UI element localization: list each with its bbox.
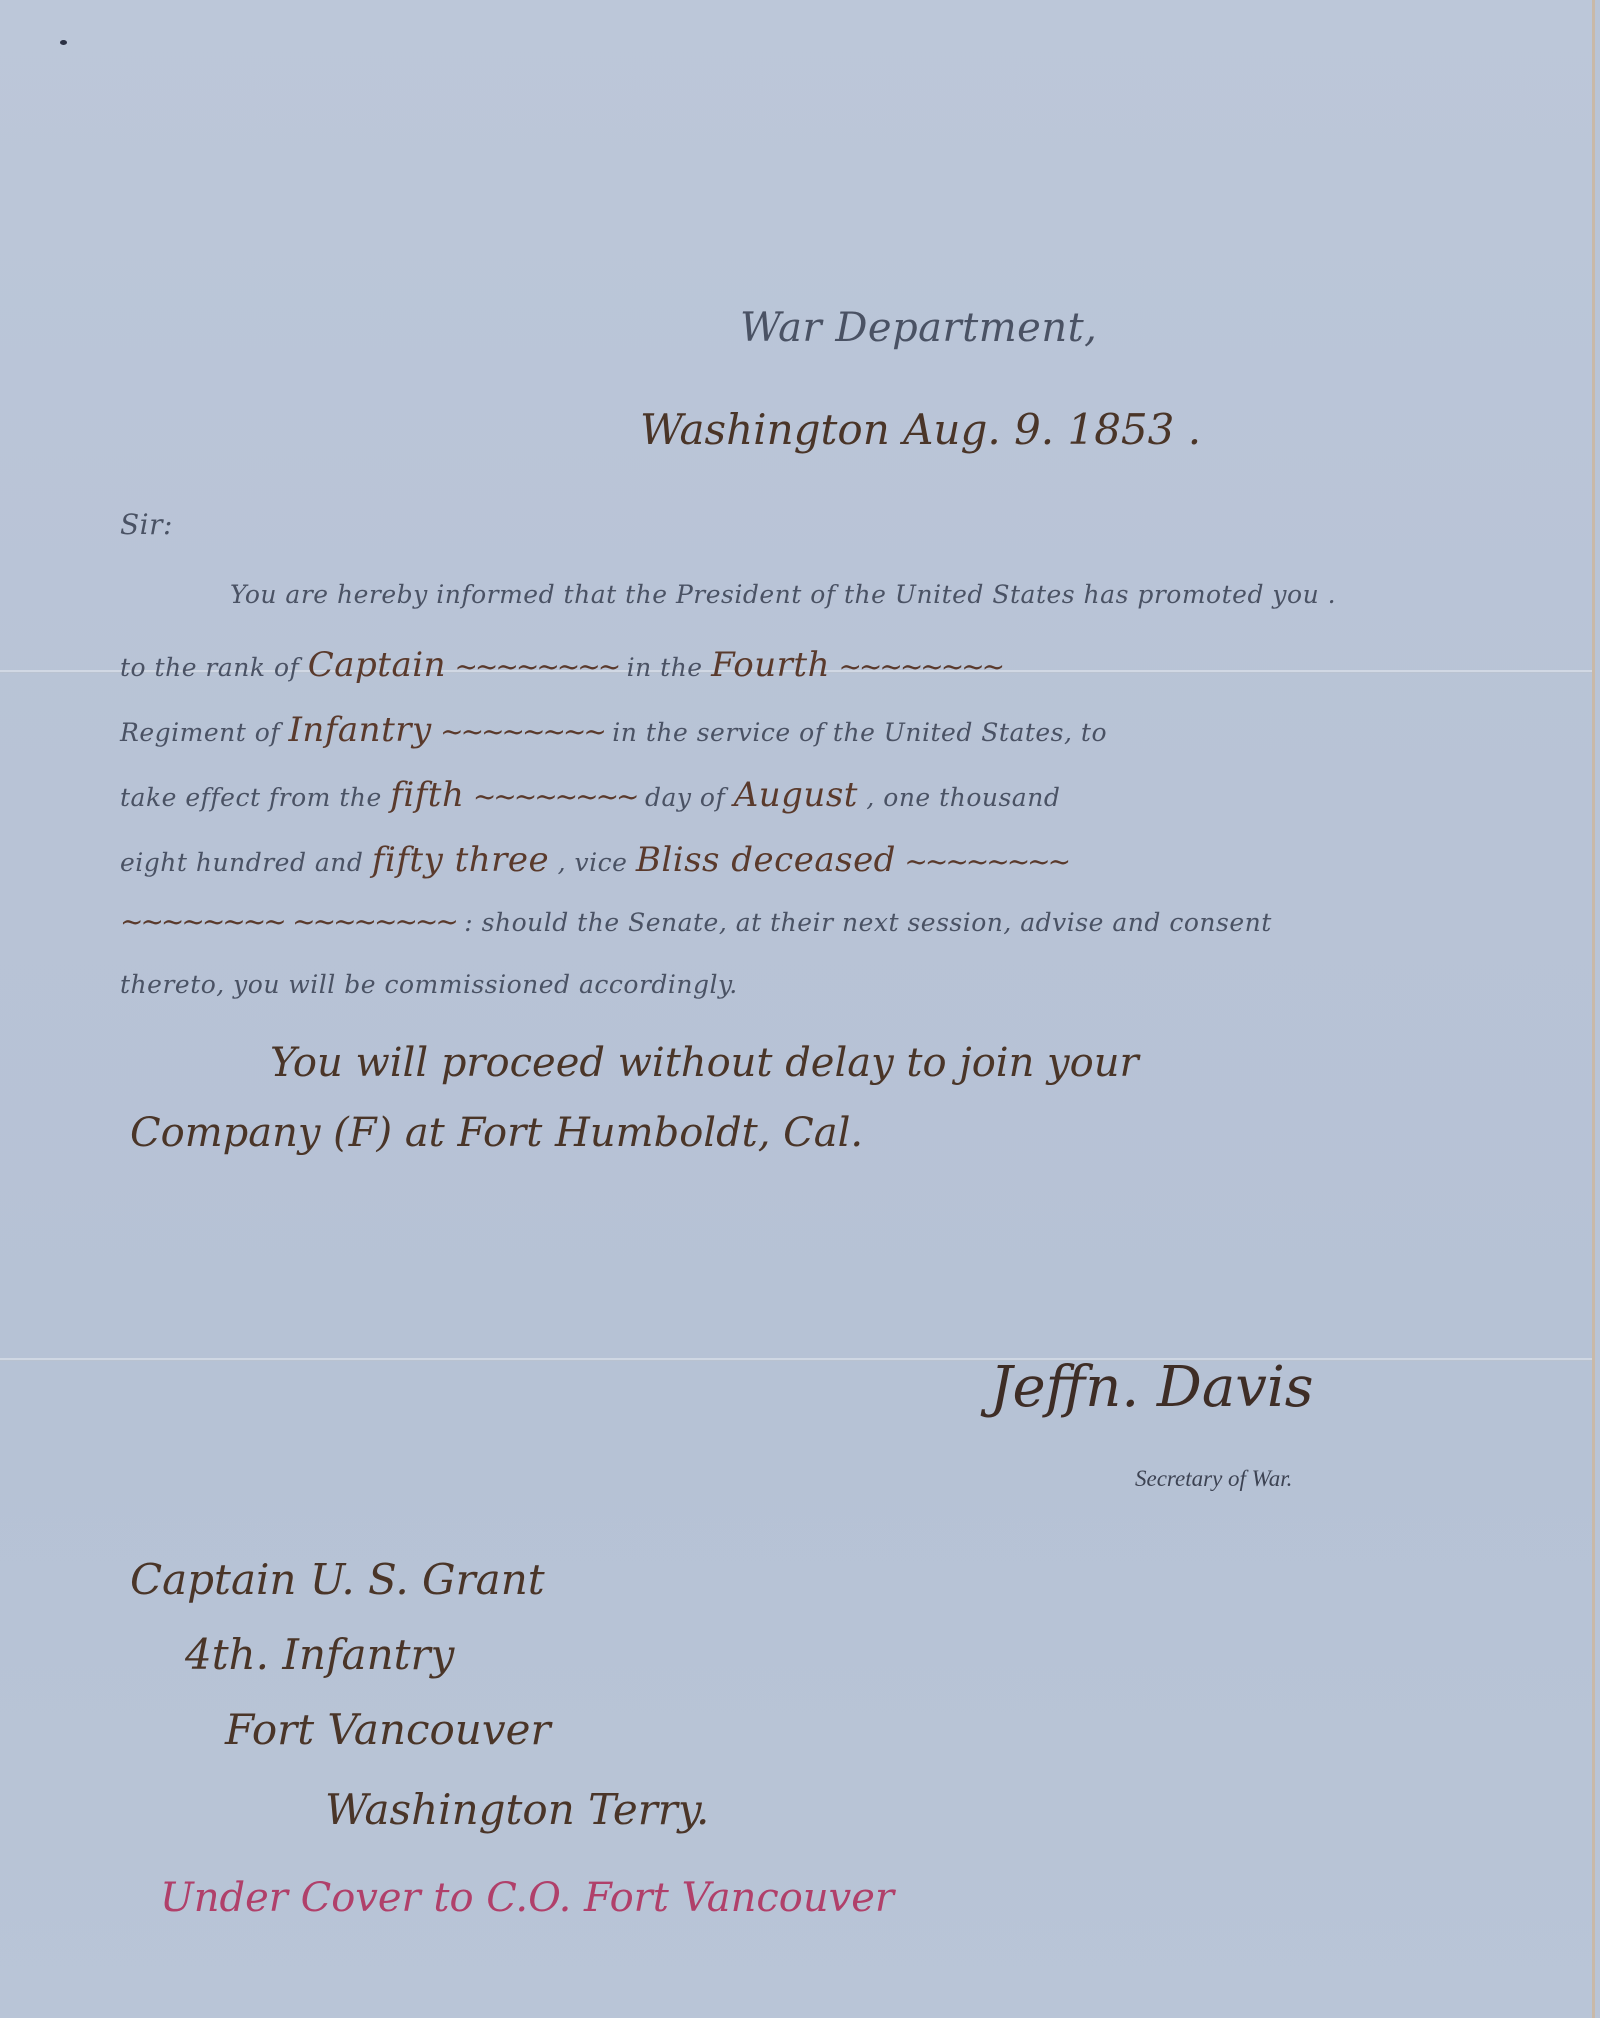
regiment-number-field: Fourth: [711, 645, 830, 685]
day-field: fifth: [390, 775, 464, 815]
addressee-line-2: 4th. Infantry: [185, 1630, 454, 1679]
text: : should the Senate, at their next sessi…: [464, 908, 1271, 937]
text: , one thousand: [866, 783, 1060, 812]
text: Regiment of: [120, 718, 280, 747]
body-line-3: Regiment of Infantry ~~~~~~~~ in the ser…: [120, 710, 1107, 750]
branch-field: Infantry: [288, 710, 431, 750]
signature: Jeffn. Davis: [990, 1355, 1314, 1420]
instruction-line-2: Company (F) at Fort Humboldt, Cal.: [130, 1110, 863, 1156]
salutation: Sir:: [120, 508, 173, 541]
filler: ~~~~~~~~: [440, 715, 604, 748]
filler: ~~~~~~~~: [120, 905, 284, 938]
signature-title: Secretary of War.: [1135, 1466, 1292, 1492]
addressee-line-1: Captain U. S. Grant: [130, 1555, 545, 1604]
text: to the rank of: [120, 653, 299, 682]
document-paper: War Department, Washington Aug. 9. 1853 …: [0, 0, 1595, 2018]
body-line-1: You are hereby informed that the Preside…: [230, 580, 1336, 609]
ink-spot: [60, 40, 67, 45]
addressee-line-4: Washington Terry.: [325, 1785, 709, 1834]
body-line-2: to the rank of Captain ~~~~~~~~ in the F…: [120, 645, 1002, 685]
body-line-7: thereto, you will be commissioned accord…: [120, 970, 738, 999]
body-line-6: ~~~~~~~~ ~~~~~~~~ : should the Senate, a…: [120, 905, 1272, 938]
rank-field: Captain: [308, 645, 446, 685]
body-line-5: eight hundred and fifty three , vice Bli…: [120, 840, 1068, 880]
text: eight hundred and: [120, 848, 363, 877]
addressee-line-3: Fort Vancouver: [225, 1705, 551, 1754]
filler: ~~~~~~~~: [838, 650, 1002, 683]
filler: ~~~~~~~~: [904, 845, 1068, 878]
text: , vice: [558, 848, 628, 877]
instruction-line-1: You will proceed without delay to join y…: [270, 1040, 1139, 1086]
text: in the service of the United States, to: [612, 718, 1107, 747]
filler: ~~~~~~~~: [473, 780, 637, 813]
filler: ~~~~~~~~: [292, 905, 456, 938]
department-heading: War Department,: [740, 305, 1097, 351]
red-annotation: Under Cover to C.O. Fort Vancouver: [160, 1875, 894, 1921]
text: day of: [645, 783, 725, 812]
body-line-4: take effect from the fifth ~~~~~~~~ day …: [120, 775, 1060, 815]
month-field: August: [734, 775, 858, 815]
text: in the: [627, 653, 703, 682]
text: take effect from the: [120, 783, 382, 812]
place-date: Washington Aug. 9. 1853 .: [640, 405, 1201, 454]
year-field: fifty three: [372, 840, 549, 880]
fold-line-lower: [0, 1358, 1592, 1361]
filler: ~~~~~~~~: [454, 650, 618, 683]
vice-field: Bliss deceased: [636, 840, 896, 880]
